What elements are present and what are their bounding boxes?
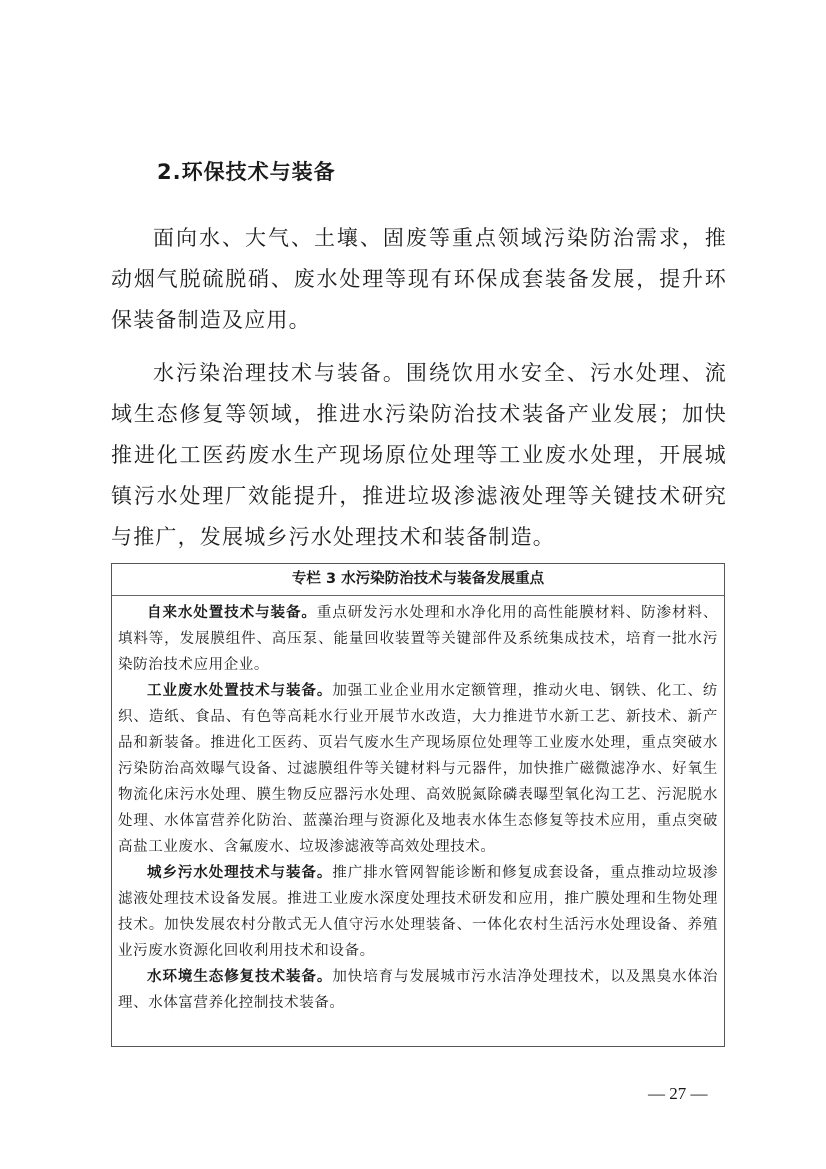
box-item-ecological-restoration: 水环境生态修复技术装备。加快培育与发展城市污水洁净处理技术，以及黑臭水体治理、水… (118, 964, 718, 1016)
feature-box: 专栏 3 水污染防治技术与装备发展重点 自来水处置技术与装备。重点研发污水处理和… (111, 563, 725, 1047)
water-pollution-paragraph: 水污染治理技术与装备。围绕饮用水安全、污水处理、流域生态修复等领域，推进水污染防… (111, 353, 727, 558)
box-item-industrial-wastewater: 工业废水处置技术与装备。加强工业企业用水定额管理，推动火电、钢铁、化工、纺织、造… (118, 678, 718, 860)
box-item-text: 加强工业企业用水定额管理，推动火电、钢铁、化工、纺织、造纸、食品、有色等高耗水行… (118, 683, 718, 855)
box-item-lead: 水环境生态修复技术装备。 (147, 969, 332, 985)
box-item-tap-water: 自来水处置技术与装备。重点研发污水处理和水净化用的高性能膜材料、防渗材料、填料等… (118, 600, 718, 678)
section-heading: 2.环保技术与装备 (157, 156, 336, 186)
box-item-lead: 工业废水处置技术与装备。 (147, 683, 332, 699)
feature-box-body: 自来水处置技术与装备。重点研发污水处理和水净化用的高性能膜材料、防渗材料、填料等… (112, 596, 724, 1016)
box-item-lead: 城乡污水处理技术与装备。 (147, 865, 332, 881)
box-item-lead: 自来水处置技术与装备。 (147, 605, 317, 621)
box-item-urban-rural-sewage: 城乡污水处理技术与装备。推广排水管网智能诊断和修复成套设备，重点推动垃圾渗滤液处… (118, 860, 718, 964)
intro-paragraph: 面向水、大气、土壤、固废等重点领域污染防治需求，推动烟气脱硫脱硝、废水处理等现有… (111, 218, 727, 341)
page-number: — 27 — (648, 1084, 708, 1104)
feature-box-title: 专栏 3 水污染防治技术与装备发展重点 (112, 564, 724, 596)
